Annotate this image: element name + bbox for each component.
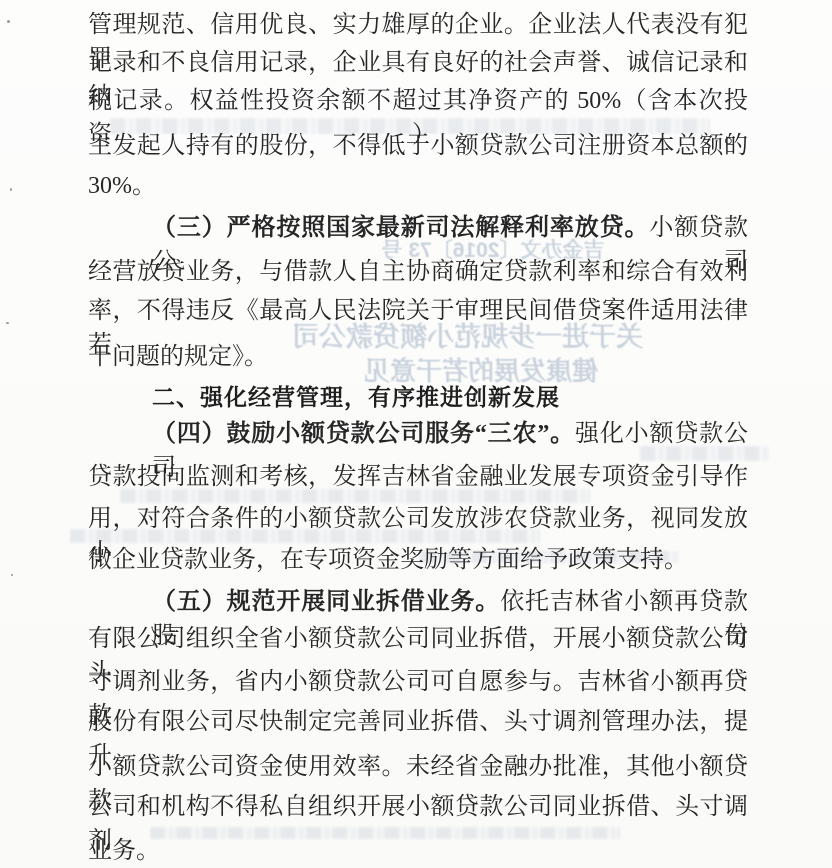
text-line: 股份有限公司尽快制定完善同业拆借、头寸调剂管理办法，提升 <box>88 705 748 739</box>
text-line: 小额贷款公司资金使用效率。未经省金融办批准，其他小额贷款 <box>88 750 748 784</box>
text-line: 二、强化经营管理，有序推进创新发展 <box>88 380 748 414</box>
text-line: 记录和不良信用记录，企业具有良好的社会声誉、诚信记录和纳 <box>88 46 748 80</box>
text-line: 30%。 <box>88 169 748 203</box>
text-line: （四）鼓励小额贷款公司服务“三农”。强化小额贷款公司 <box>88 417 748 451</box>
text-line: 主发起人持有的股份，不得低于小额贷款公司注册资本总额的 <box>88 129 748 163</box>
text-line: （三）严格按照国家最新司法解释利率放贷。小额贷款公司 <box>88 211 748 245</box>
text-line: 经营放贷业务，与借款人自主协商确定贷款利率和综合有效利 <box>88 255 748 289</box>
body-text: 干问题的规定》。 <box>88 344 268 370</box>
text-line: 寸调剂业务，省内小额贷款公司可自愿参与。吉林省小额再贷款 <box>88 665 748 699</box>
text-line: 微企业贷款业务，在专项资金奖励等方面给予政策支持。 <box>88 543 748 577</box>
scan-speck <box>7 20 10 23</box>
text-line: 管理规范、信用优良、实力雄厚的企业。企业法人代表没有犯罪 <box>88 8 748 42</box>
scan-speck <box>10 188 12 191</box>
text-line: （五）规范开展同业拆借业务。依托吉林省小额再贷款股份 <box>88 585 748 619</box>
body-text: 贷款投向监测和考核，发挥吉林省金融业发展专项资金引导作 <box>88 464 748 490</box>
text-line: 干问题的规定》。 <box>88 340 748 374</box>
emphasis-text: （五）规范开展同业拆借业务。 <box>152 589 500 615</box>
emphasis-text: （三）严格按照国家最新司法解释利率放贷。 <box>152 215 649 241</box>
emphasis-text: （四）鼓励小额贷款公司服务“三农”。 <box>152 421 575 447</box>
text-line: 有限公司组织全省小额贷款公司同业拆借，开展小额贷款公司头 <box>88 622 748 656</box>
text-line: 用，对符合条件的小额贷款公司发放涉农贷款业务，视同发放小 <box>88 502 748 536</box>
body-text: 主发起人持有的股份，不得低于小额贷款公司注册资本总额的 <box>88 133 748 159</box>
body-text: 30%。 <box>88 173 156 199</box>
text-line: 公司和机构不得私自组织开展小额贷款公司同业拆借、头寸调剂 <box>88 790 748 824</box>
text-line: 税记录。权益性投资余额不超过其净资产的 50%（含本次投资）。 <box>88 84 748 118</box>
body-text: 经营放贷业务，与借款人自主协商确定贷款利率和综合有效利 <box>88 259 748 285</box>
scan-speck <box>6 322 9 324</box>
text-line: 贷款投向监测和考核，发挥吉林省金融业发展专项资金引导作 <box>88 460 748 494</box>
scanned-document-page: 吉金办文〔2016〕73 号关于进一步规范小额贷款公司健康发展的若干意见 管理规… <box>0 0 832 868</box>
text-line: 率，不得违反《最高人民法院关于审理民间借贷案件适用法律若 <box>88 294 748 328</box>
text-line: 业务。 <box>88 834 748 868</box>
emphasis-text: 二、强化经营管理，有序推进创新发展 <box>152 384 560 410</box>
body-text: 业务。 <box>88 838 160 864</box>
body-text: 微企业贷款业务，在专项资金奖励等方面给予政策支持。 <box>88 547 688 573</box>
scan-speck <box>11 574 13 576</box>
document-text: 管理规范、信用优良、实力雄厚的企业。企业法人代表没有犯罪记录和不良信用记录，企业… <box>88 0 748 868</box>
